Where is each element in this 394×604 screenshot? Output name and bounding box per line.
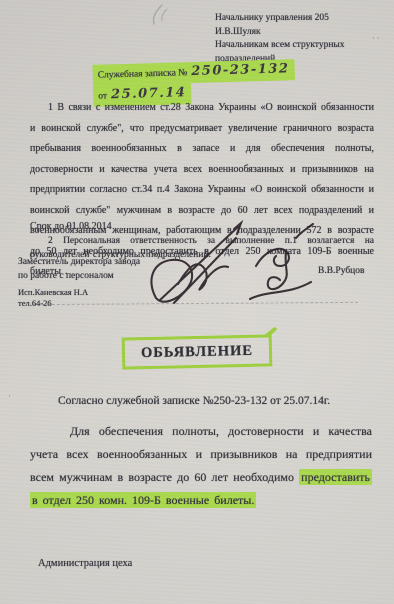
- signature-scribble: [138, 220, 324, 310]
- memo-ref-number-handwritten: 250-23-132: [191, 61, 290, 79]
- announcement-title-row: ОБЬЯВЛЕНИЕ: [0, 336, 394, 368]
- footer-signature: Администрация цеха: [38, 558, 132, 569]
- announcement-body: Для обеспечения полноты, достоверности и…: [30, 420, 372, 512]
- executor-block: Исп.Каневская Н.А тел.64-26: [18, 287, 88, 309]
- signer-position: Заместитель директора завода по работе с…: [18, 255, 158, 283]
- signer-name: В.В.Рубцов: [318, 266, 364, 276]
- memo-ref-label: Служебная записка №: [98, 68, 188, 80]
- paper-speck: ·: [8, 392, 11, 401]
- executor-name: Исп.Каневская Н.А: [18, 287, 88, 298]
- signer-position-line: по работе с персоналом: [18, 269, 158, 283]
- announcement-title: ОБЬЯВЛЕНИЕ: [122, 334, 273, 369]
- signer-position-line: Заместитель директора завода: [18, 255, 158, 269]
- recipient-block: Начальнику управления 205 И.В.Шуляк Нача…: [215, 12, 380, 66]
- memo-deadline: Срок до 01.08.2014: [30, 221, 112, 232]
- recipient-line: Начальникам всем структурных: [215, 39, 380, 53]
- announcement-reference: Согласно служебной записке №250-23-132 о…: [58, 395, 330, 407]
- stray-pen-marks: [140, 2, 174, 30]
- document-photo: · · · Начальнику управления 205 И.В.Шуля…: [0, 0, 394, 604]
- recipient-line: Начальнику управления 205: [215, 12, 380, 26]
- recipient-line: И.В.Шуляк: [215, 26, 380, 40]
